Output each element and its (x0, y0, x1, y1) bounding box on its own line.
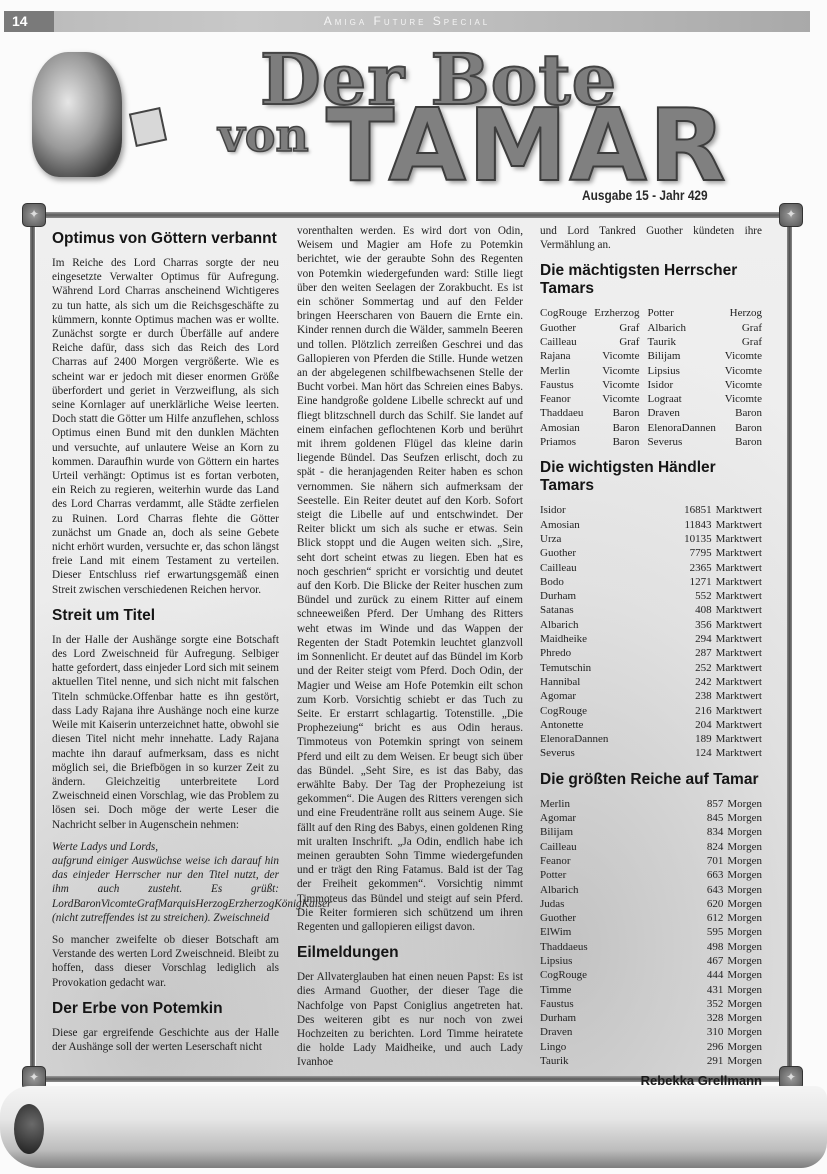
table-cell: Amosian (540, 421, 591, 435)
unit-label: Morgen (723, 854, 762, 868)
realms-title: Die größten Reiche auf Tamar (540, 771, 762, 789)
unit-label: Morgen (723, 940, 762, 954)
table-cell: Severus (540, 746, 662, 760)
celtic-knot-icon (22, 203, 46, 227)
unit-label: Morgen (723, 811, 762, 825)
table-cell: Baron (722, 435, 762, 449)
table-cell: 204 (662, 718, 711, 732)
table-cell: 408 (662, 603, 711, 617)
table-row: Antonette204Marktwert (540, 718, 762, 732)
table-row: Isidor16851Marktwert (540, 503, 762, 517)
table-cell: Urza (540, 532, 662, 546)
table-cell: Merlin (540, 797, 676, 811)
table-row: Durham328Morgen (540, 1011, 762, 1025)
column-3: und Lord Tankred Guother kündeten ihre V… (540, 224, 762, 1089)
table-row: Albarich643Morgen (540, 883, 762, 897)
frame-rod-right (787, 215, 792, 1077)
table-row: GuotherGrafAlbarichGraf (540, 321, 762, 335)
issue-label: Ausgabe 15 - Jahr 429 (582, 187, 708, 203)
table-cell: Faustus (540, 997, 676, 1011)
article-body: Diese gar ergreifende Geschichte aus der… (52, 1026, 279, 1054)
table-cell: Vicomte (591, 349, 640, 363)
unit-label: Morgen (723, 1054, 762, 1068)
table-cell: Baron (591, 421, 640, 435)
table-cell: Graf (722, 335, 762, 349)
table-cell: Satanas (540, 603, 662, 617)
article-body: und Lord Tankred Guother kündeten ihre V… (540, 224, 762, 252)
masthead-tamar: TAMAR (326, 96, 728, 196)
table-cell: Thaddaeu (540, 406, 591, 420)
unit-label: Marktwert (712, 618, 762, 632)
unit-label: Morgen (723, 983, 762, 997)
scroll-curl-icon (14, 1104, 44, 1154)
table-cell: 663 (676, 868, 723, 882)
table-cell: 857 (676, 797, 723, 811)
unit-label: Marktwert (712, 546, 762, 560)
table-row: Feanor701Morgen (540, 854, 762, 868)
traders-table: Isidor16851MarktwertAmosian11843Marktwer… (540, 503, 762, 760)
rulers-table: CogRougeErzherzogPotterHerzogGuotherGraf… (540, 306, 762, 449)
table-cell: 352 (676, 997, 723, 1011)
magazine-title: Amiga Future Special (4, 11, 810, 32)
unit-label: Morgen (723, 1011, 762, 1025)
table-cell: Feanor (540, 392, 591, 406)
table-cell: Baron (722, 406, 762, 420)
table-cell: Graf (722, 321, 762, 335)
article-title: Der Erbe von Potemkin (52, 1000, 279, 1018)
unit-label: Marktwert (712, 675, 762, 689)
table-row: Bodo1271Marktwert (540, 575, 762, 589)
table-cell: Hannibal (540, 675, 662, 689)
article-body: In der Halle der Aushänge sorgte eine Bo… (52, 633, 279, 832)
table-cell: Cailleau (540, 840, 676, 854)
table-cell: 16851 (662, 503, 711, 517)
table-cell: Draven (639, 406, 721, 420)
table-cell: Baron (722, 421, 762, 435)
table-cell: 296 (676, 1040, 723, 1054)
table-cell: 287 (662, 646, 711, 660)
frame-rod-top (34, 212, 792, 218)
table-cell: 845 (676, 811, 723, 825)
table-row: CogRougeErzherzogPotterHerzog (540, 306, 762, 320)
table-cell: Guother (540, 321, 591, 335)
table-cell: 444 (676, 968, 723, 982)
table-cell: 124 (662, 746, 711, 760)
table-cell: Agomar (540, 811, 676, 825)
column-1: Optimus von Göttern verbannt Im Reiche d… (52, 224, 279, 1062)
table-row: Maidheike294Marktwert (540, 632, 762, 646)
table-cell: Herzog (722, 306, 762, 320)
table-cell: 2365 (662, 561, 711, 575)
table-row: Merlin857Morgen (540, 797, 762, 811)
table-row: CailleauGrafTaurikGraf (540, 335, 762, 349)
author-signature: Rebekka Grellmann (540, 1074, 762, 1088)
unit-label: Marktwert (712, 503, 762, 517)
frame-rod-left (30, 215, 35, 1077)
table-cell: 467 (676, 954, 723, 968)
table-cell: Rajana (540, 349, 591, 363)
unit-label: Marktwert (712, 575, 762, 589)
table-row: Taurik291Morgen (540, 1054, 762, 1068)
unit-label: Marktwert (712, 632, 762, 646)
table-row: CogRouge216Marktwert (540, 704, 762, 718)
table-cell: ElenoraDannen (540, 732, 662, 746)
table-cell: Cailleau (540, 561, 662, 575)
table-row: Albarich356Marktwert (540, 618, 762, 632)
unit-label: Morgen (723, 1040, 762, 1054)
table-cell: Taurik (639, 335, 721, 349)
unit-label: Marktwert (712, 589, 762, 603)
table-cell: 356 (662, 618, 711, 632)
table-cell: Graf (591, 335, 640, 349)
table-cell: 824 (676, 840, 723, 854)
table-row: Faustus352Morgen (540, 997, 762, 1011)
table-cell: CogRouge (540, 306, 591, 320)
table-row: MerlinVicomteLipsiusVicomte (540, 364, 762, 378)
table-cell: Feanor (540, 854, 676, 868)
article-title: Optimus von Göttern verbannt (52, 230, 279, 248)
table-cell: Vicomte (591, 378, 640, 392)
article-body: vorenthalten werden. Es wird dort von Od… (297, 224, 523, 934)
table-cell: Merlin (540, 364, 591, 378)
table-row: Guother612Morgen (540, 911, 762, 925)
rulers-title: Die mächtigsten Herrscher Tamars (540, 262, 762, 298)
table-row: ThaddaeuBaronDravenBaron (540, 406, 762, 420)
unit-label: Morgen (723, 868, 762, 882)
article-body: Im Reiche des Lord Charras sorgte der ne… (52, 256, 279, 597)
table-cell: 612 (676, 911, 723, 925)
table-cell: CogRouge (540, 704, 662, 718)
unit-label: Morgen (723, 954, 762, 968)
table-cell: 431 (676, 983, 723, 997)
table-row: Timme431Morgen (540, 983, 762, 997)
scroll-roll (0, 1086, 827, 1168)
table-cell: Vicomte (591, 364, 640, 378)
unit-label: Marktwert (712, 603, 762, 617)
table-cell: Vicomte (722, 364, 762, 378)
article-body: So mancher zweifelte ob dieser Botschaft… (52, 933, 279, 990)
table-cell: Vicomte (722, 349, 762, 363)
table-cell: Albarich (540, 883, 676, 897)
masthead-von: von (218, 112, 309, 158)
unit-label: Morgen (723, 883, 762, 897)
table-cell: Judas (540, 897, 676, 911)
table-cell: 328 (676, 1011, 723, 1025)
unit-label: Marktwert (712, 732, 762, 746)
table-cell: 294 (662, 632, 711, 646)
table-cell: Vicomte (722, 392, 762, 406)
table-cell: Antonette (540, 718, 662, 732)
table-row: Bilijam834Morgen (540, 825, 762, 839)
table-cell: Lipsius (639, 364, 721, 378)
table-cell: 643 (676, 883, 723, 897)
table-cell: Taurik (540, 1054, 676, 1068)
table-cell: 595 (676, 925, 723, 939)
table-cell: Albarich (639, 321, 721, 335)
table-row: CogRouge444Morgen (540, 968, 762, 982)
table-row: Temutschin252Marktwert (540, 661, 762, 675)
unit-label: Marktwert (712, 532, 762, 546)
table-cell: Isidor (639, 378, 721, 392)
header-bar: 14 Amiga Future Special (4, 11, 810, 32)
table-row: ElWim595Morgen (540, 925, 762, 939)
table-row: FaustusVicomteIsidorVicomte (540, 378, 762, 392)
table-row: Agomar845Morgen (540, 811, 762, 825)
table-row: Thaddaeus498Morgen (540, 940, 762, 954)
table-cell: Baron (591, 435, 640, 449)
table-cell: Lipsius (540, 954, 676, 968)
table-cell: Vicomte (591, 392, 640, 406)
unit-label: Marktwert (712, 646, 762, 660)
article-title: Streit um Titel (52, 607, 279, 625)
table-row: Severus124Marktwert (540, 746, 762, 760)
table-cell: Baron (591, 406, 640, 420)
table-cell: Phredo (540, 646, 662, 660)
table-row: Satanas408Marktwert (540, 603, 762, 617)
table-cell: Isidor (540, 503, 662, 517)
table-cell: 238 (662, 689, 711, 703)
table-cell: Bilijam (639, 349, 721, 363)
table-row: Agomar238Marktwert (540, 689, 762, 703)
table-cell: Draven (540, 1025, 676, 1039)
unit-label: Marktwert (712, 718, 762, 732)
letter-salutation: Werte Ladys und Lords, (52, 840, 279, 854)
table-row: Lingo296Morgen (540, 1040, 762, 1054)
table-cell: Severus (639, 435, 721, 449)
table-cell: Vicomte (722, 378, 762, 392)
table-cell: Guother (540, 546, 662, 560)
table-row: RajanaVicomteBilijamVicomte (540, 349, 762, 363)
table-cell: ElWim (540, 925, 676, 939)
unit-label: Morgen (723, 968, 762, 982)
table-cell: Lingo (540, 1040, 676, 1054)
table-row: ElenoraDannen189Marktwert (540, 732, 762, 746)
table-row: AmosianBaronElenoraDannenBaron (540, 421, 762, 435)
table-cell: Maidheike (540, 632, 662, 646)
unit-label: Morgen (723, 797, 762, 811)
table-cell: Guother (540, 911, 676, 925)
table-cell: Graf (591, 321, 640, 335)
table-cell: Lograat (639, 392, 721, 406)
table-cell: Durham (540, 1011, 676, 1025)
table-cell: 252 (662, 661, 711, 675)
table-row: Potter663Morgen (540, 868, 762, 882)
table-cell: Cailleau (540, 335, 591, 349)
article-title: Eilmeldungen (297, 944, 523, 962)
table-cell: Timme (540, 983, 676, 997)
unit-label: Morgen (723, 911, 762, 925)
table-row: Phredo287Marktwert (540, 646, 762, 660)
column-2: vorenthalten werden. Es wird dort von Od… (297, 224, 523, 1078)
table-cell: Priamos (540, 435, 591, 449)
unit-label: Marktwert (712, 661, 762, 675)
table-cell: Potter (639, 306, 721, 320)
table-cell: CogRouge (540, 968, 676, 982)
table-cell: Temutschin (540, 661, 662, 675)
table-cell: Agomar (540, 689, 662, 703)
table-cell: ElenoraDannen (639, 421, 721, 435)
table-cell: 11843 (662, 518, 711, 532)
table-cell: 620 (676, 897, 723, 911)
table-row: Cailleau2365Marktwert (540, 561, 762, 575)
table-cell: 1271 (662, 575, 711, 589)
table-cell: 10135 (662, 532, 711, 546)
table-row: Urza10135Marktwert (540, 532, 762, 546)
table-row: PriamosBaronSeverusBaron (540, 435, 762, 449)
table-row: Draven310Morgen (540, 1025, 762, 1039)
table-cell: 498 (676, 940, 723, 954)
unit-label: Morgen (723, 925, 762, 939)
table-row: Cailleau824Morgen (540, 840, 762, 854)
table-cell: Durham (540, 589, 662, 603)
table-row: Guother7795Marktwert (540, 546, 762, 560)
table-cell: Potter (540, 868, 676, 882)
table-row: Hannibal242Marktwert (540, 675, 762, 689)
unit-label: Marktwert (712, 704, 762, 718)
unit-label: Marktwert (712, 746, 762, 760)
table-row: Amosian11843Marktwert (540, 518, 762, 532)
table-cell: Amosian (540, 518, 662, 532)
unit-label: Morgen (723, 825, 762, 839)
traders-title: Die wichtigsten Händler Tamars (540, 459, 762, 495)
unit-label: Morgen (723, 840, 762, 854)
table-cell: 242 (662, 675, 711, 689)
table-row: Judas620Morgen (540, 897, 762, 911)
table-cell: 310 (676, 1025, 723, 1039)
unit-label: Marktwert (712, 689, 762, 703)
unit-label: Morgen (723, 1025, 762, 1039)
table-row: Durham552Marktwert (540, 589, 762, 603)
table-cell: 7795 (662, 546, 711, 560)
letter-body: aufgrund einiger Auswüchse weise ich dar… (52, 854, 279, 925)
unit-label: Marktwert (712, 561, 762, 575)
table-cell: Bodo (540, 575, 662, 589)
table-cell: Faustus (540, 378, 591, 392)
celtic-knot-icon (779, 203, 803, 227)
table-row: Lipsius467Morgen (540, 954, 762, 968)
table-cell: 216 (662, 704, 711, 718)
article-body: Der Allvaterglauben hat einen neuen Paps… (297, 970, 523, 1069)
table-cell: Thaddaeus (540, 940, 676, 954)
table-cell: 701 (676, 854, 723, 868)
table-row: FeanorVicomteLograatVicomte (540, 392, 762, 406)
table-cell: Erzherzog (591, 306, 640, 320)
realms-table: Merlin857MorgenAgomar845MorgenBilijam834… (540, 797, 762, 1069)
unit-label: Morgen (723, 897, 762, 911)
table-cell: Bilijam (540, 825, 676, 839)
table-cell: 189 (662, 732, 711, 746)
kings-illustration-icon (32, 52, 122, 177)
unit-label: Marktwert (712, 518, 762, 532)
table-cell: 552 (662, 589, 711, 603)
unit-label: Morgen (723, 997, 762, 1011)
table-cell: Albarich (540, 618, 662, 632)
table-cell: 291 (676, 1054, 723, 1068)
table-cell: 834 (676, 825, 723, 839)
